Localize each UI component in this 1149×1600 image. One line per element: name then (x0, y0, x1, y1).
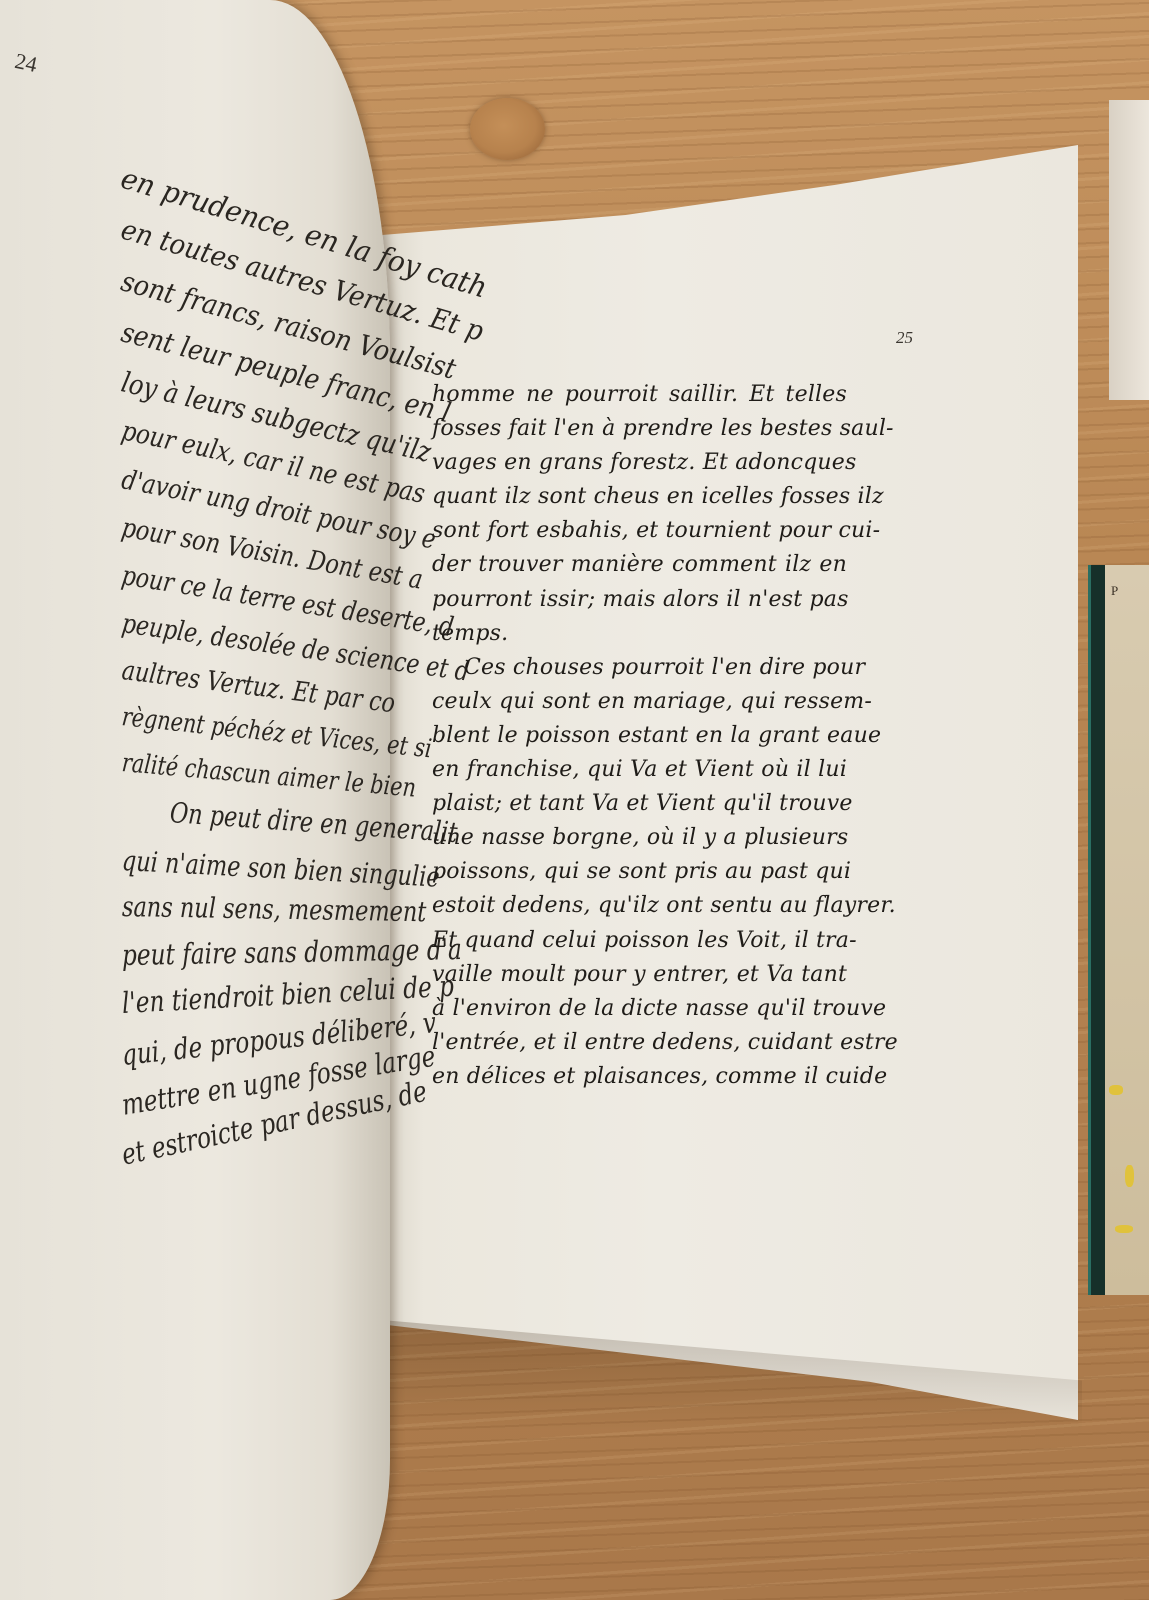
text-line: sans nul sens, mesmement (122, 890, 427, 928)
adjacent-book-label-text: P (1111, 583, 1118, 599)
text-line: l'entrée, et il entre dedens, cuidant es… (432, 1026, 847, 1060)
text-line: plaist; et tant Va et Vient qu'il trouve (432, 787, 847, 821)
text-line: en délices et plaisances, comme il cuide (432, 1060, 847, 1094)
text-line: ceulx qui sont en mariage, qui ressem- (432, 685, 847, 719)
right-page-text: homme ne pourroit saillir. Et telles fos… (432, 378, 847, 1094)
text-line: une nasse borgne, où il y a plusieurs (432, 821, 847, 855)
text-line: Et quand celui poisson les Voit, il tra- (432, 924, 847, 958)
text-line: vaille moult pour y entrer, et Va tant (432, 958, 847, 992)
text-line: fosses fait l'en à prendre les bestes sa… (432, 412, 847, 446)
text-line: sont fort esbahis, et tournient pour cui… (432, 514, 847, 548)
text-line: poissons, qui se sont pris au past qui (432, 855, 847, 889)
text-line: temps. (432, 617, 847, 651)
text-line: peut faire sans dommage d'a (122, 932, 462, 972)
adjacent-book-label: P (1105, 565, 1149, 1295)
wall-strip (1109, 100, 1149, 400)
text-line: homme ne pourroit saillir. Et telles (432, 378, 847, 412)
text-line: en franchise, qui Va et Vient où il lui (432, 753, 847, 787)
text-line: der trouver manière comment ilz en (432, 548, 847, 582)
text-line: pourront issir; mais alors il n'est pas (432, 583, 847, 617)
text-line: vages en grans forestz. Et adoncques (432, 446, 847, 480)
text-line: quant ilz sont cheus en icelles fosses i… (432, 480, 847, 514)
wood-knot (470, 98, 545, 160)
text-line: estoit dedens, qu'ilz ont sentu au flayr… (432, 889, 847, 923)
right-page-number: 25 (896, 328, 913, 348)
text-line: blent le poisson estant en la grant eaue (432, 719, 847, 753)
text-line: à l'environ de la dicte nasse qu'il trou… (432, 992, 847, 1026)
adjacent-book: P (1088, 565, 1149, 1295)
paragraph-start-line: Ces chouses pourroit l'en dire pour (432, 651, 847, 685)
